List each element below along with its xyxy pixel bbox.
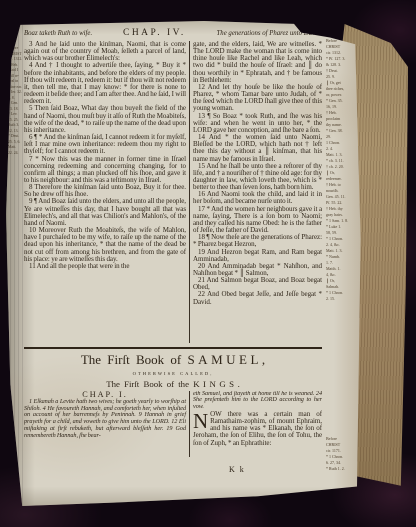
verse-paragraph: 7 * Now this was the manner in former ti… — [24, 156, 186, 185]
verse-paragraph: 8 Therefore the kinſman ſaid unto Boaz, … — [24, 184, 186, 198]
book-title-comma: , — [262, 352, 265, 367]
samuel-text-columns: CHAP. I. 1 Elkanah a Levite hath two wiv… — [24, 391, 322, 457]
verse-paragraph: 12 And let thy houſe be like the houſe o… — [193, 84, 322, 113]
page-content: Boaz taketh Ruth to wife. CHAP. IV. The … — [24, 28, 358, 500]
margin-notes-samuel: Before CHRIST cir. 1171. * 1 Chron. 6. 2… — [326, 436, 358, 472]
opening-verse-text: OW there was a certain man of Ramathaim-… — [193, 410, 322, 447]
verse-paragraph: 11 And all the people that were in the — [24, 263, 186, 270]
verse-paragraph: 22 And Obed begat Jeſſe, and Jeſſe begat… — [193, 291, 322, 305]
alt-title-period: . — [238, 379, 240, 389]
book-title-prefix: The Firſt Book of — [81, 352, 181, 367]
verse-paragraph: 20 And Amminadab begat * Nahſhon, and Na… — [193, 263, 322, 277]
ruth-left-column: 3 And he ſaid unto the kinſman, Naomi, t… — [24, 41, 186, 343]
chapter-argument: 1 Elkanah a Levite hath two wives; he go… — [24, 399, 186, 440]
running-header-left: Boaz taketh Ruth to wife. — [24, 30, 92, 37]
verse-paragraph: 17 * And the women her neighbours gave i… — [193, 206, 322, 235]
column-divider-rule — [189, 391, 190, 457]
verse-paragraph: 19 And Hezron begat Ram, and Ram begat A… — [193, 249, 322, 263]
ruth-text-columns: 3 And he ſaid unto the kinſman, Naomi, t… — [24, 41, 322, 343]
photo-background: Before CHRIST cir. 1312. † Heb. I ſaid I… — [0, 0, 416, 527]
running-header-right: The generations of Pharez unto David. — [217, 30, 322, 37]
book-title-name: SAMUEL — [187, 352, 261, 367]
section-divider-rule — [24, 347, 322, 349]
verse-paragraph: 18 ¶ Now theſe are the generations of Ph… — [193, 234, 322, 248]
chapter-heading: CHAP. I. — [24, 391, 186, 398]
signature-row: K k — [24, 459, 322, 477]
verse-paragraph: 3 And he ſaid unto the kinſman, Naomi, t… — [24, 41, 186, 62]
samuel-right-column: eth Samuel, and ſtayeth at home till he … — [193, 391, 322, 457]
book-title: The Firſt Book of SAMUEL, — [24, 352, 322, 368]
verse-paragraph: 5 Then ſaid Boaz, What day thou buyeſt t… — [24, 105, 186, 134]
right-margin-notes: Before CHRIST cir. 1312. * Pſ. 127. 3. &… — [324, 28, 358, 500]
column-divider-rule — [189, 41, 190, 343]
book-alt-title: The Firſt Book of the KINGS. — [24, 379, 322, 389]
chapter-argument: eth Samuel, and ſtayeth at home till he … — [193, 391, 322, 411]
verse-paragraph: 21 And Salmon begat Boaz, and Boaz begat… — [193, 277, 322, 291]
verse-paragraph: 13 ¶ So Boaz * took Ruth, and ſhe was hi… — [193, 113, 322, 134]
book-subtitle: OTHERWISE CALLED, — [24, 371, 322, 376]
verse-paragraph: 14 And * the women ſaid unto Naomi, Bleſ… — [193, 134, 322, 163]
margin-notes-ruth: Before CHRIST cir. 1312. * Pſ. 127. 3. &… — [326, 38, 358, 302]
signature-mark: K k — [229, 465, 245, 474]
verse-paragraph: 6 ¶ * And the kinſman ſaid, I cannot red… — [24, 134, 186, 155]
verse-paragraph: 4 And † I thought to advertiſe thee, ſay… — [24, 62, 186, 105]
ruth-right-column: gate, and the elders, ſaid, We are witne… — [193, 41, 322, 343]
running-header: Boaz taketh Ruth to wife. CHAP. IV. The … — [24, 28, 322, 38]
alt-title-name: KINGS — [193, 379, 237, 389]
drop-cap: N — [193, 412, 208, 430]
chapter-header: CHAP. IV. — [123, 28, 186, 38]
verse-paragraph: gate, and the elders, ſaid, We are witne… — [193, 41, 322, 84]
book-page: Before CHRIST cir. 1312. † Heb. I ſaid I… — [6, 20, 366, 506]
verse-paragraph: 10 Moreover Ruth the Moabiteſs, the wife… — [24, 227, 186, 263]
verse-paragraph: NOW there was a certain man of Ramathaim… — [193, 411, 322, 447]
alt-title-prefix: The Firſt Book of the — [106, 379, 189, 389]
verse-paragraph: 9 ¶ And Boaz ſaid unto the elders, and u… — [24, 198, 186, 227]
verse-paragraph: 15 And he ſhall be unto thee a reſtorer … — [193, 163, 322, 192]
verse-paragraph: 16 And Naomi took the child, and laid it… — [193, 191, 322, 205]
samuel-left-column: CHAP. I. 1 Elkanah a Levite hath two wiv… — [24, 391, 186, 457]
left-margin-notes: Before CHRIST cir. 1312. † Heb. I ſaid I… — [8, 46, 23, 316]
